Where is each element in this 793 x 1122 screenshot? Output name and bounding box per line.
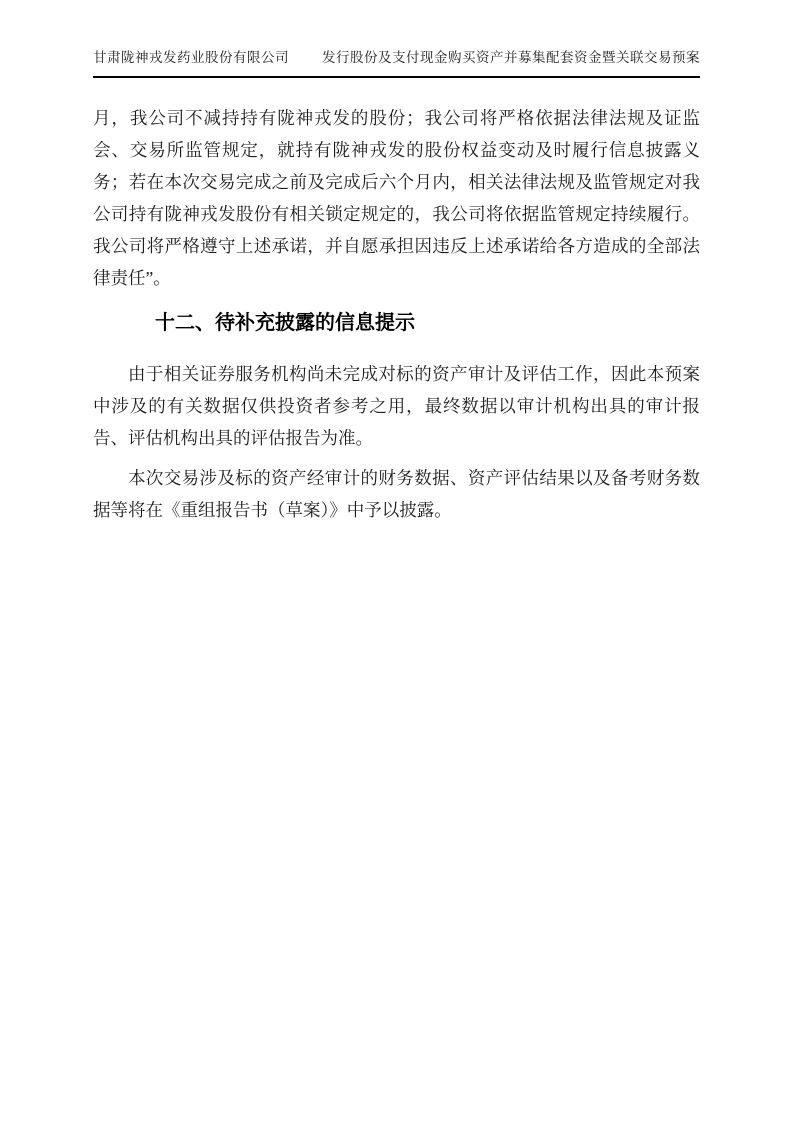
page-content: 甘肃陇神戎发药业股份有限公司 发行股份及支付现金购买资产并募集配套资金暨关联交易… xyxy=(0,0,793,526)
header-doc-title: 发行股份及支付现金购买资产并募集配套资金暨关联交易预案 xyxy=(322,48,700,68)
body-paragraph-2: 本次交易涉及标的资产经审计的财务数据、资产评估结果以及备考财务数据等将在《重组报… xyxy=(93,462,700,526)
section-heading: 十二、待补充披露的信息提示 xyxy=(93,308,700,338)
document-page: 甘肃陇神戎发药业股份有限公司 发行股份及支付现金购买资产并募集配套资金暨关联交易… xyxy=(0,0,793,1122)
continuation-paragraph: 月，我公司不减持持有陇神戎发的股份；我公司将严格依据法律法规及证监会、交易所监管… xyxy=(93,102,700,294)
body-paragraph-1: 由于相关证券服务机构尚未完成对标的资产审计及评估工作，因此本预案中涉及的有关数据… xyxy=(93,358,700,454)
page-header: 甘肃陇神戎发药业股份有限公司 发行股份及支付现金购买资产并募集配套资金暨关联交易… xyxy=(93,48,700,78)
header-company-name: 甘肃陇神戎发药业股份有限公司 xyxy=(93,48,289,68)
